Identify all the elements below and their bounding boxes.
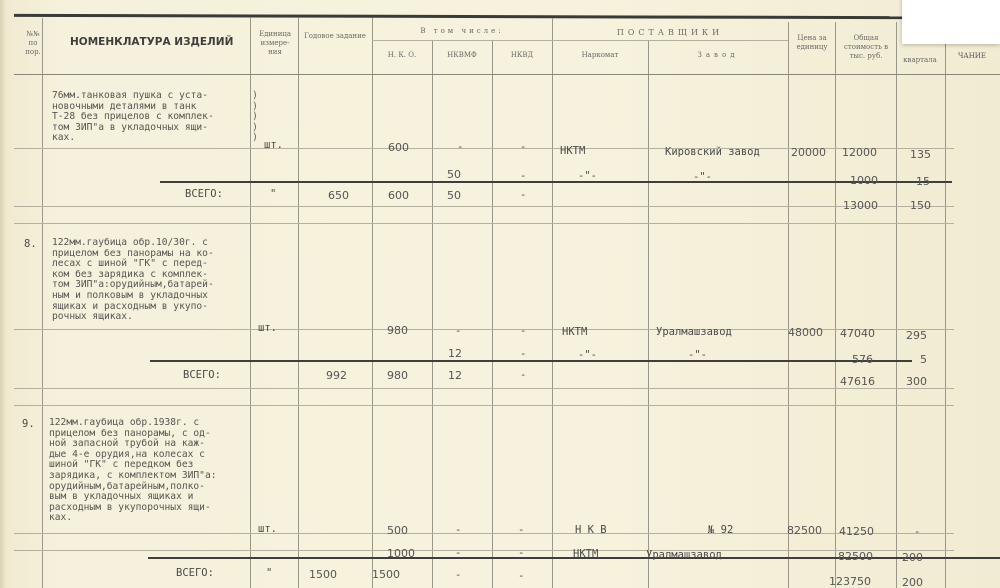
nkvmf-value: - (455, 547, 461, 559)
nko-value: 600 (388, 189, 409, 202)
narkomat-value: Н К В (575, 524, 607, 536)
header-annual-task: Годовое задание (304, 32, 366, 41)
total-value: 12000 (842, 146, 877, 159)
narkomat-value: НКТМ (573, 548, 598, 560)
nkvmf-value: - (457, 141, 463, 153)
zavod-value: -"- (688, 349, 707, 361)
header-narkomat: Наркомат (552, 51, 648, 60)
zoom-level-overlay: Масштаб:2.00 (902, 0, 1000, 44)
col-border (835, 22, 836, 588)
item-unit: шт. (258, 322, 277, 334)
header-unit: Единица измере-ния (254, 30, 296, 57)
nko-value: 600 (388, 141, 409, 154)
col-border (250, 18, 251, 588)
nko-value: 500 (387, 524, 408, 537)
item-unit: шт. (264, 139, 283, 151)
nkvd-value: - (518, 570, 524, 582)
header-suppliers: ПОСТАВЩИКИ (552, 28, 788, 37)
quarter-value: 200 (902, 576, 923, 588)
col-border (945, 22, 946, 588)
quarter-value: 150 (910, 199, 931, 212)
total-value: 82500 (838, 550, 873, 563)
nkvmf-value: 12 (448, 347, 462, 360)
row-line (14, 206, 954, 207)
zavod-value: № 92 (708, 524, 733, 536)
item-description: 122мм.гаубица обр.10/30г. с прицелом без… (52, 238, 214, 323)
total-unit: " (266, 567, 272, 579)
header-bottom-line (14, 74, 1000, 75)
nkvd-value: - (518, 547, 524, 559)
total-label: ВСЕГО: (183, 369, 221, 381)
quarter-value: - (914, 526, 920, 538)
row-line (14, 223, 954, 224)
annual-value: 650 (328, 189, 349, 202)
header-nko: Н. К. О. (372, 51, 432, 60)
col-border (372, 18, 373, 588)
header-price: Цена за единицу (790, 34, 834, 52)
item-description: 122мм.гаубица обр.1938г. с прицелом без … (49, 418, 217, 524)
quarter-value: 135 (910, 148, 931, 161)
col-border (552, 18, 553, 588)
nko-value: 1000 (387, 547, 415, 560)
nkvmf-value: - (455, 569, 461, 581)
header-nkvmf: НКВМФ (432, 51, 492, 60)
total-value: 576 (852, 353, 873, 366)
total-unit: " (270, 188, 276, 200)
nkvmf-value: - (455, 524, 461, 536)
header-quarter: квартала (896, 56, 944, 65)
narkomat-value: -"- (578, 170, 597, 182)
nkvd-value: - (520, 170, 526, 182)
zoom-level-label: Масштаб:2.00 (914, 0, 987, 3)
page-edge-shadow (0, 0, 6, 588)
total-value: 47040 (840, 327, 875, 340)
quarter-value: 300 (906, 375, 927, 388)
price-value: 20000 (791, 146, 826, 159)
header-nkvd: НКВД (492, 51, 552, 60)
nko-value: 980 (387, 324, 408, 337)
col-border (298, 18, 299, 588)
header-in-that-number: В том числе: (372, 27, 552, 36)
narkomat-value: НКТМ (560, 145, 585, 157)
nkvmf-value: 50 (447, 189, 461, 202)
nkvd-value: - (520, 348, 526, 360)
narkomat-value: НКТМ (562, 326, 587, 338)
item-unit: шт. (258, 523, 277, 535)
item-number: 9. (22, 418, 35, 430)
total-value: 41250 (839, 525, 874, 538)
zavod-value: -"- (693, 171, 712, 183)
nko-value: 980 (387, 369, 408, 382)
nkvd-value: - (520, 369, 526, 381)
price-value: 48000 (788, 326, 823, 339)
quarter-value: 15 (916, 175, 930, 188)
zavod-value: Кировский завод (665, 146, 760, 158)
total-value: 1000 (850, 174, 878, 187)
header-total-cost: Общая стоимость в тыс. руб. (837, 34, 895, 61)
row-line (14, 550, 954, 551)
quarter-value: 295 (906, 329, 927, 342)
total-value: 13000 (843, 199, 878, 212)
row-line (14, 388, 954, 389)
annual-value: 992 (326, 369, 347, 382)
quarter-value: 5 (920, 353, 927, 366)
header-num-col: №№ по пор. (22, 30, 44, 57)
total-value: 123750 (829, 575, 871, 588)
nkvmf-value: 50 (447, 168, 461, 181)
nkvmf-value: 12 (448, 369, 462, 382)
nkvd-value: - (518, 524, 524, 536)
brace-symbol: ) ) ) ) ) (252, 91, 258, 144)
item-number: 8. (24, 238, 37, 250)
header-zavod: Завод (648, 51, 788, 60)
nkvmf-value: - (455, 325, 461, 337)
price-value: 82500 (787, 524, 822, 537)
subtotal-rule (150, 360, 912, 362)
row-line (14, 405, 954, 406)
nko-value: 1500 (372, 568, 400, 581)
col-border (648, 40, 649, 588)
col-border (42, 18, 43, 588)
subtotal-rule (160, 181, 952, 183)
nkvd-value: - (520, 325, 526, 337)
header-note: ЧАНИЕ (948, 52, 996, 61)
col-border (492, 40, 493, 588)
nkvd-value: - (520, 141, 526, 153)
header-subline (372, 40, 788, 41)
total-label: ВСЕГО: (185, 188, 223, 200)
quarter-value: 200 (902, 551, 923, 564)
narkomat-value: -"- (578, 349, 597, 361)
annual-value: 1500 (309, 568, 337, 581)
total-label: ВСЕГО: (176, 567, 214, 579)
item-description: 76мм.танковая пушка с уста- новочными де… (52, 91, 214, 144)
col-border (788, 22, 789, 588)
zavod-value: Уралмашзавод (656, 326, 732, 338)
header-nomenclature: НОМЕНКЛАТУРА ИЗДЕЛИЙ (70, 36, 233, 48)
total-value: 47616 (840, 375, 875, 388)
col-border (432, 40, 433, 588)
nkvd-value: - (520, 189, 526, 201)
zavod-value: Уралмашзавод (646, 549, 722, 561)
col-border (896, 22, 897, 588)
